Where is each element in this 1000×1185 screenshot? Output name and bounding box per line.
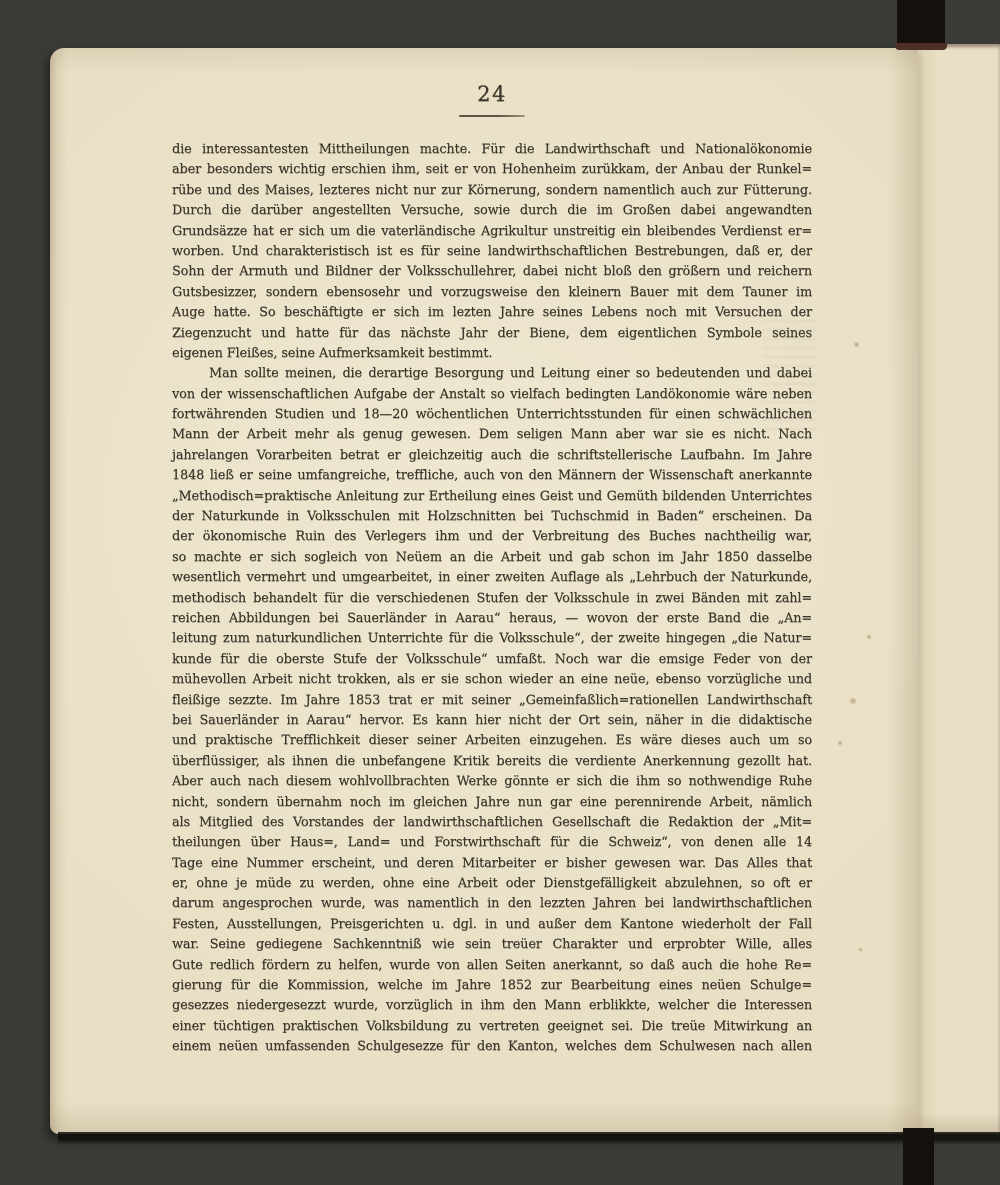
text-line: Tage eine Nummer erscheint, und deren Mi… <box>172 854 812 874</box>
text-line: worben. Und charakteristisch ist es für … <box>172 242 812 262</box>
bookmark-ribbon-top <box>897 0 945 45</box>
text-line: leitung zum naturkundlichen Unterrichte … <box>172 629 812 649</box>
text-line: und praktische Trefflichkeit dieser sein… <box>172 731 812 751</box>
text-line: bei Sauerländer in Aarau“ hervor. Es kan… <box>172 711 812 731</box>
text-line: als Mitglied des Vorstandes der landwirt… <box>172 813 812 833</box>
text-line: eigenen Fleißes, seine Aufmerksamkeit be… <box>172 344 812 364</box>
text-line: Mann der Arbeit mehr als genug gewesen. … <box>172 425 812 445</box>
text-line: theilungen über Haus=, Land= und Forstwi… <box>172 833 812 853</box>
foxing-spot <box>837 740 843 746</box>
book-page: 24 die interessantesten Mittheilungen ma… <box>50 48 918 1134</box>
text-line: darum angesprochen wurde, was namentlich… <box>172 894 812 914</box>
text-line: der ökonomische Ruin des Verlegers ihm u… <box>172 527 812 547</box>
foxing-spot <box>858 947 863 952</box>
text-line: die interessantesten Mittheilungen macht… <box>172 140 812 160</box>
page-header: 24 <box>172 82 812 117</box>
text-line: so machte er sich sogleich von Neüem an … <box>172 548 812 568</box>
text-line: Aber auch nach diesem wohlvollbrachten W… <box>172 772 812 792</box>
text-line: mühevollen Arbeit nicht trokken, als er … <box>172 670 812 690</box>
text-line: Festen, Ausstellungen, Preisgerichten u.… <box>172 915 812 935</box>
foxing-spot <box>853 341 860 348</box>
text-line: von der wissenschaftlichen Aufgabe der A… <box>172 385 812 405</box>
text-line: fortwährenden Studien und 18—20 wöchentl… <box>172 405 812 425</box>
text-line: der Naturkunde in Volksschulen mit Holzs… <box>172 507 812 527</box>
facing-page-edge <box>912 44 1000 1134</box>
text-line: nicht, sondern übernahm noch im gleichen… <box>172 793 812 813</box>
text-line: Ziegenzucht und hatte für das nächste Ja… <box>172 324 812 344</box>
text-line: gierung für die Kommission, welche im Ja… <box>172 976 812 996</box>
text-line: Auge hatte. So beschäftigte er sich im l… <box>172 303 812 323</box>
book-scan: 24 die interessantesten Mittheilungen ma… <box>0 0 1000 1185</box>
text-line: war. Seine gediegene Sachkenntniß wie se… <box>172 935 812 955</box>
foxing-spot <box>866 634 872 640</box>
bookmark-ribbon-bottom <box>903 1128 934 1185</box>
text-line: jahrelangen Vorarbeiten betrat er gleich… <box>172 446 812 466</box>
page-bottom-shadow <box>58 1132 1000 1145</box>
text-line: überflüssiger, als ihnen die unbefangene… <box>172 752 812 772</box>
text-line: Grundsäzze hat er sich um die vaterländi… <box>172 222 812 242</box>
text-line: Gutsbesizzer, sondern ebensosehr und vor… <box>172 283 812 303</box>
text-line: rübe und des Maises, lezteres nicht nur … <box>172 181 812 201</box>
text-line: Man sollte meinen, die derartige Besorgu… <box>172 364 812 384</box>
text-line: aber besonders wichtig erschien ihm, sei… <box>172 160 812 180</box>
text-line: „Methodisch=praktische Anleitung zur Ert… <box>172 487 812 507</box>
page-number-rule <box>459 115 525 117</box>
text-block: die interessantesten Mittheilungen macht… <box>172 140 812 1058</box>
text-line: Durch die darüber angestellten Versuche,… <box>172 201 812 221</box>
text-line: fleißige sezzte. Im Jahre 1853 trat er m… <box>172 691 812 711</box>
page-number: 24 <box>172 82 812 106</box>
text-line: Sohn der Armuth und Bildner der Volkssch… <box>172 262 812 282</box>
text-line: methodisch behandelt für die verschieden… <box>172 589 812 609</box>
show-through-smudge <box>762 320 818 430</box>
text-line: wesentlich vermehrt und umgearbeitet, in… <box>172 568 812 588</box>
text-line: einer tüchtigen praktischen Volksbildung… <box>172 1017 812 1037</box>
text-line: gesezzes niedergesezzt wurde, vorzüglich… <box>172 996 812 1016</box>
foxing-spot <box>849 697 857 705</box>
text-line: Gute redlich fördern zu helfen, wurde vo… <box>172 956 812 976</box>
text-line: kunde für die oberste Stufe der Volkssch… <box>172 650 812 670</box>
text-line: 1848 ließ er seine umfangreiche, treffli… <box>172 466 812 486</box>
text-line: reichen Abbildungen bei Sauerländer in A… <box>172 609 812 629</box>
text-line: er, ohne je müde zu werden, ohne eine Ar… <box>172 874 812 894</box>
text-line: einem neüen umfassenden Schulgesezze für… <box>172 1037 812 1057</box>
